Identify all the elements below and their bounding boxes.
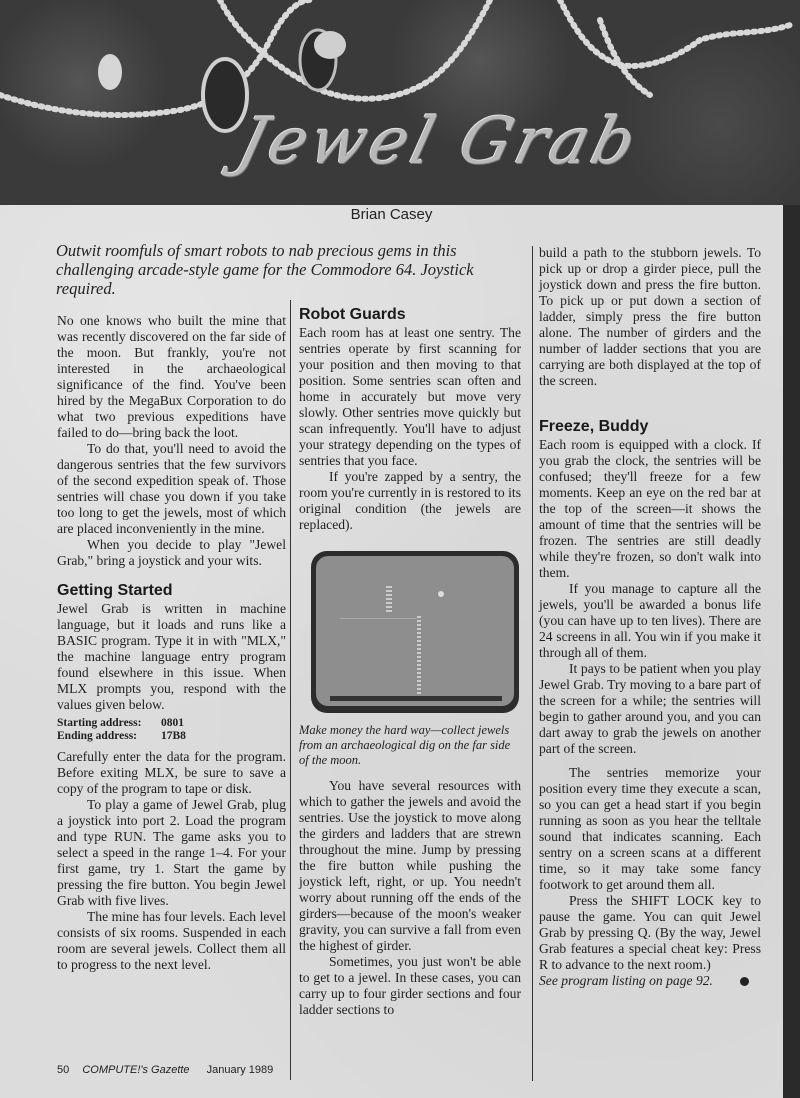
column-divider <box>290 300 291 1080</box>
paragraph: Each room is equipped with a clock. If y… <box>539 437 761 581</box>
girder-sprite <box>340 618 420 619</box>
end-of-article-icon <box>740 977 749 986</box>
article-deck: Outwit roomfuls of smart robots to nab p… <box>56 241 526 298</box>
paragraph: You have several resources with which to… <box>299 778 521 954</box>
paragraph: The mine has four levels. Each level con… <box>57 909 286 973</box>
paragraph: It pays to be patient when you play Jewe… <box>539 661 761 757</box>
paragraph: If you manage to capture all the jewels,… <box>539 581 761 661</box>
tv-monitor <box>311 551 519 713</box>
address-row: Starting address: 0801 <box>57 717 286 730</box>
endnote: See program listing on page 92. <box>539 973 761 989</box>
paragraph: Jewel Grab is written in machine languag… <box>57 601 286 713</box>
paragraph: To play a game of Jewel Grab, plug a joy… <box>57 797 286 909</box>
paragraph: To do that, you'll need to avoid the dan… <box>57 441 286 537</box>
section-heading: Freeze, Buddy <box>539 417 761 437</box>
jewel-sprite <box>438 591 444 597</box>
paragraph: The sentries memorize your position ever… <box>539 765 761 893</box>
paragraph: Press the SHIFT LOCK key to pause the ga… <box>539 893 761 973</box>
figure-caption: Make money the hard way—collect jewels f… <box>299 723 521 768</box>
title-banner: Jewel Grab <box>0 0 800 205</box>
address-value: 17B8 <box>161 730 186 743</box>
paragraph: Sometimes, you just won't be able to get… <box>299 954 521 1018</box>
author-byline: Brian Casey <box>0 206 783 223</box>
column-3: build a path to the stubborn jewels. To … <box>539 245 761 989</box>
column-2: Robot Guards Each room has at least one … <box>299 305 521 1018</box>
page-footer: 50 COMPUTE!'s Gazette January 1989 <box>57 1064 273 1076</box>
paragraph: If you're zapped by a sentry, the room y… <box>299 469 521 533</box>
column-divider <box>532 246 533 1081</box>
game-screen <box>316 556 514 706</box>
address-label: Ending address: <box>57 730 161 743</box>
ladder-sprite <box>386 586 392 614</box>
floor-bar <box>330 696 502 701</box>
paragraph: When you decide to play "Jewel Grab," br… <box>57 537 286 569</box>
paragraph: Each room has at least one sentry. The s… <box>299 325 521 469</box>
address-value: 0801 <box>161 717 184 730</box>
address-label: Starting address: <box>57 717 161 730</box>
column-1: No one knows who built the mine that was… <box>57 313 286 973</box>
ladder-sprite <box>417 616 421 696</box>
magazine-page: Jewel Grab Brian Casey Outwit roomfuls o… <box>0 0 783 1098</box>
issue-date: January 1989 <box>207 1064 274 1076</box>
section-heading: Robot Guards <box>299 305 521 325</box>
paragraph: Carefully enter the data for the program… <box>57 749 286 797</box>
article-title: Jewel Grab <box>231 105 647 179</box>
address-table: Starting address: 0801 Ending address: 1… <box>57 717 286 743</box>
paragraph: No one knows who built the mine that was… <box>57 313 286 441</box>
page-number: 50 <box>57 1064 69 1076</box>
game-screenshot-figure <box>299 549 521 717</box>
section-heading: Getting Started <box>57 581 286 601</box>
paragraph: build a path to the stubborn jewels. To … <box>539 245 761 389</box>
program-listing-reference: See program listing on page 92. <box>539 973 713 988</box>
publication-name: COMPUTE!'s Gazette <box>82 1064 189 1076</box>
address-row: Ending address: 17B8 <box>57 730 286 743</box>
